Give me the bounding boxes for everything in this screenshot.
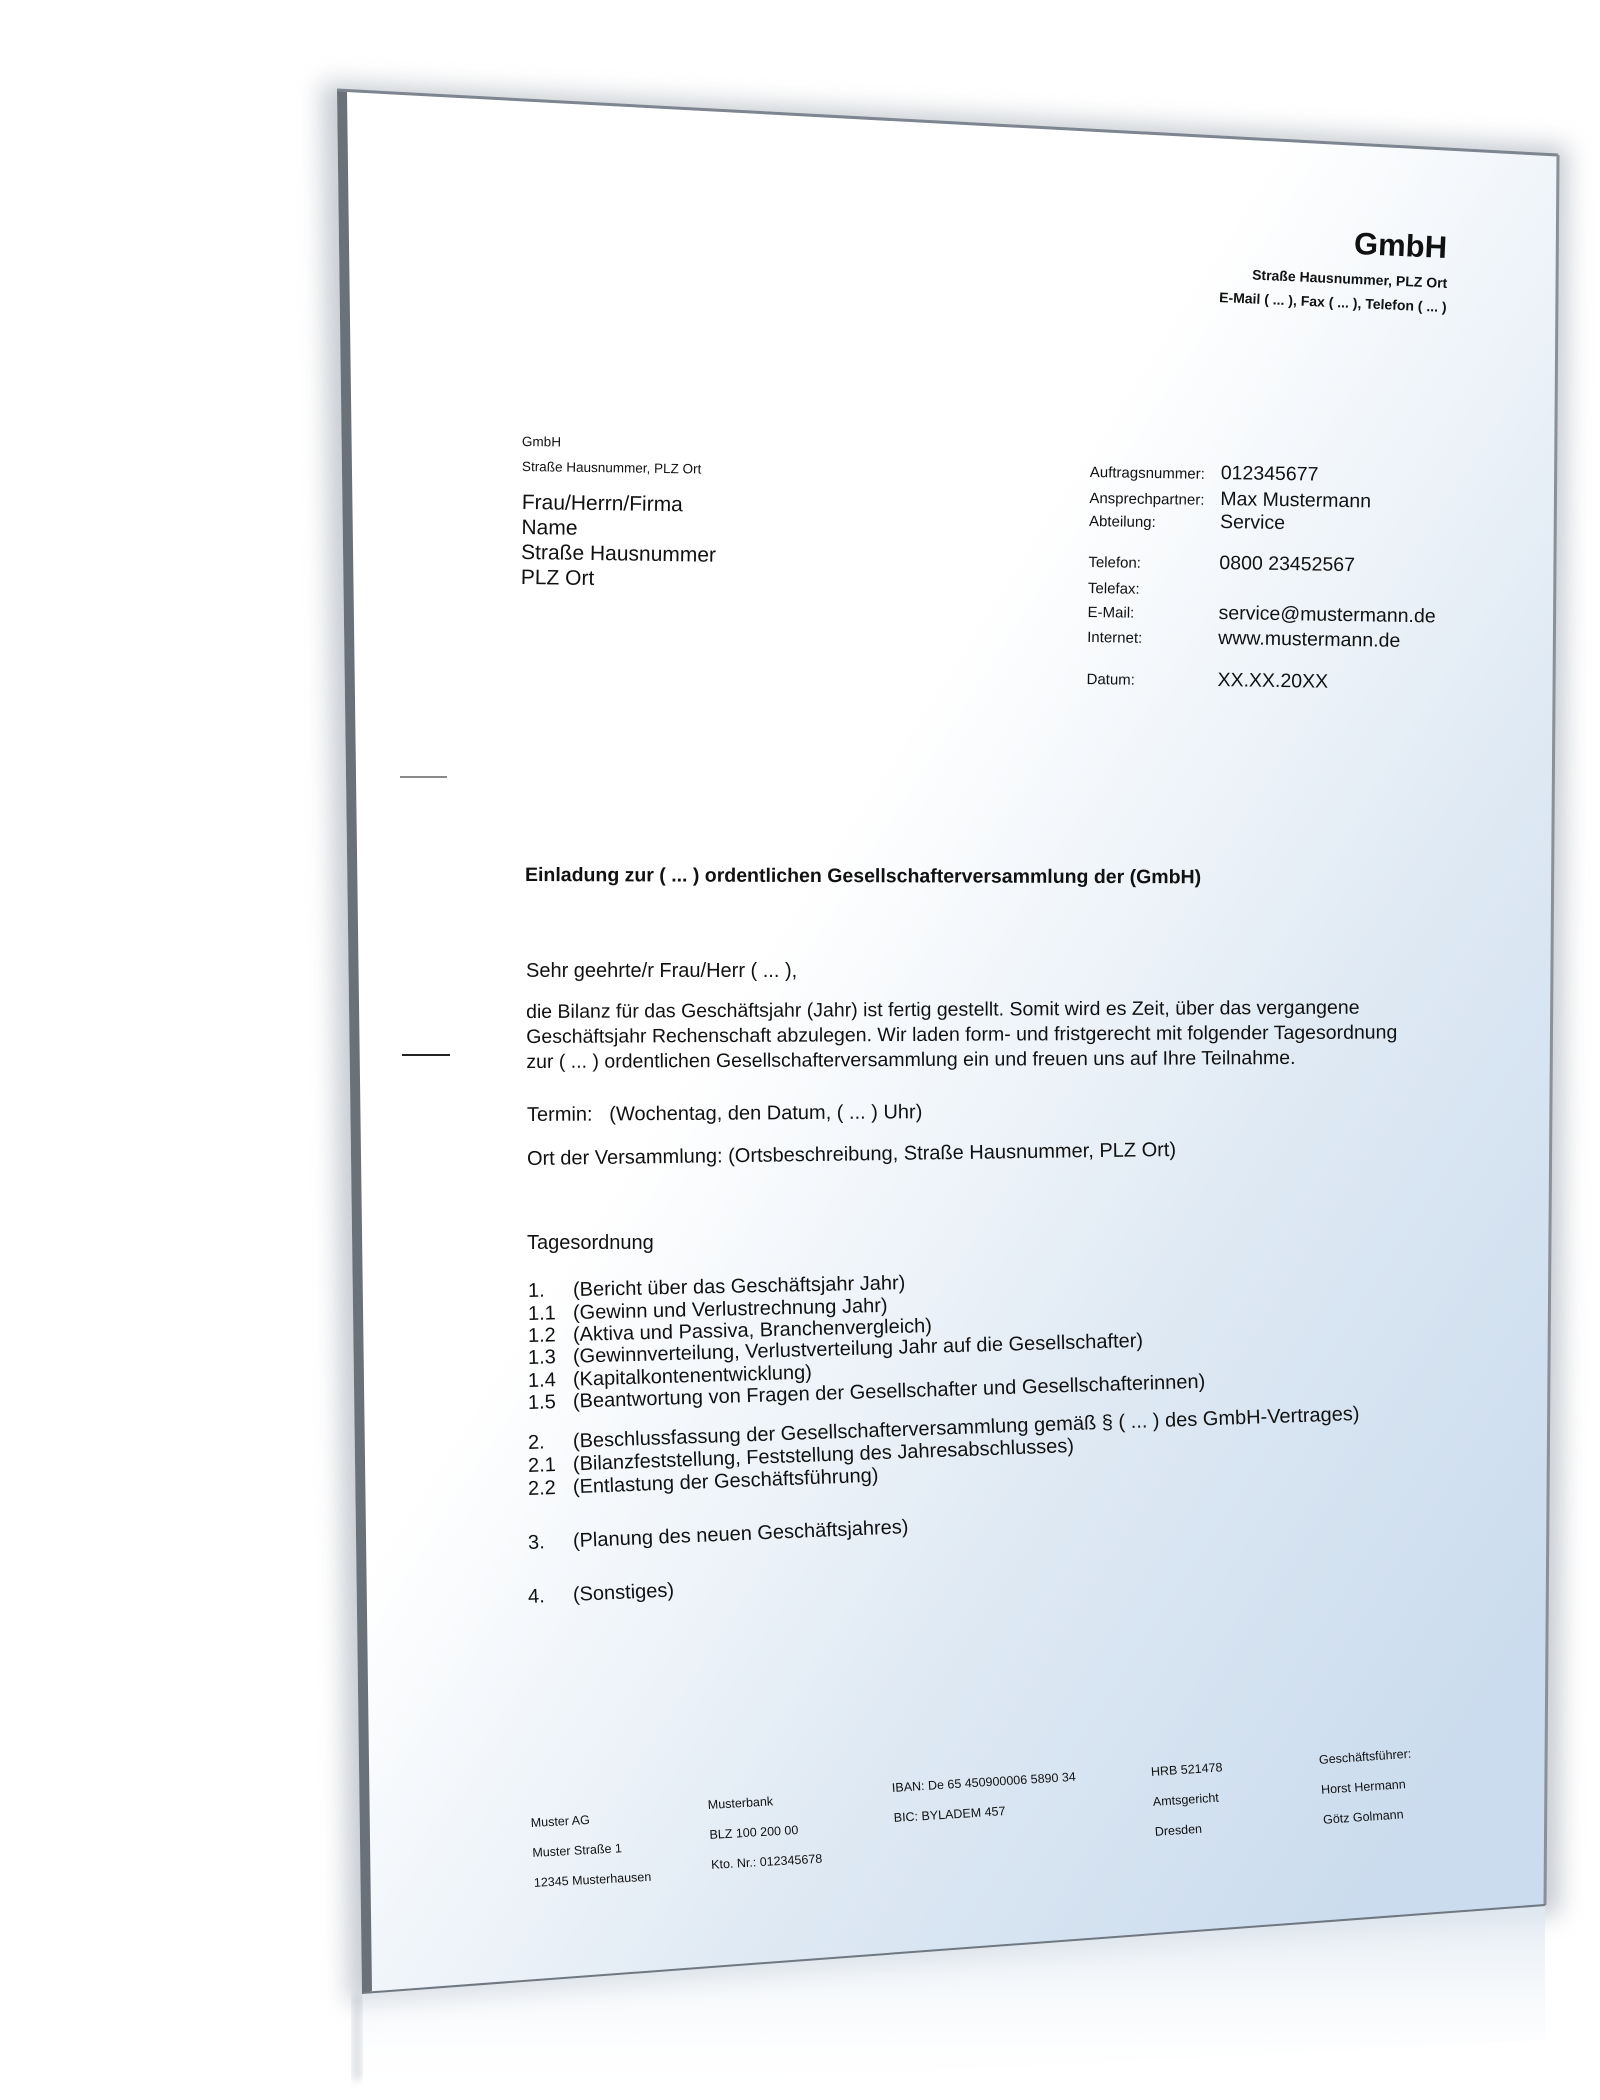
agenda-item-number: 1.3 [528,1346,574,1370]
sender-company: GmbH [522,434,561,450]
letterhead: GmbH [1353,226,1447,266]
info-row: Telefax: [1088,576,1219,601]
footer-column: HRB 521478AmtsgerichtDresden [1150,1752,1227,1846]
fold-mark-middle [402,1054,450,1056]
agenda-item-number: 3. [528,1530,574,1555]
agenda-item-number: 2.1 [528,1453,574,1478]
info-row: Telefon:0800 23452567 [1088,550,1355,577]
info-value: www.mustermann.de [1218,627,1400,652]
agenda-heading: Tagesordnung [527,1232,654,1255]
footer-line: 12345 Musterhausen [533,1862,652,1898]
subject-line: Einladung zur ( ... ) ordentlichen Gesel… [525,864,1201,889]
fold-mark-top [400,776,447,778]
agenda-item-number: 2.2 [528,1476,574,1501]
info-row: Datum:XX.XX.20XX [1086,667,1328,694]
info-label: Abteilung: [1089,513,1220,532]
info-label: Internet: [1087,629,1218,648]
recipient-line: Straße Hausnummer [521,540,716,568]
info-label: Ansprechpartner: [1089,490,1220,509]
info-label: Datum: [1086,671,1217,690]
letterhead-company: GmbH [1353,226,1447,266]
agenda-item-number: 1.1 [528,1302,574,1326]
termin-value: (Wochentag, den Datum, ( ... ) Uhr) [609,1101,922,1125]
agenda-item-number: 1.5 [528,1391,574,1415]
info-label: E-Mail: [1087,604,1218,623]
info-value: 012345677 [1221,462,1319,486]
agenda-item-number: 1.2 [528,1324,574,1348]
footer-column: IBAN: De 65 450900006 5890 34BIC: BYLADE… [891,1762,1079,1833]
body-line: zur ( ... ) ordentlichen Gesellschafterv… [526,1045,1397,1075]
footer-line: Amtsgericht [1152,1782,1225,1817]
info-label: Telefon: [1088,554,1219,573]
info-value: Max Mustermann [1220,488,1371,512]
agenda-item-number: 2. [528,1430,574,1455]
body-paragraph: die Bilanz für das Geschäftsjahr (Jahr) … [526,995,1398,1075]
info-row: Abteilung:Service [1089,509,1285,535]
termin-line: Termin: (Wochentag, den Datum, ( ... ) U… [527,1101,922,1127]
info-value: Service [1220,511,1285,534]
info-label: Auftragsnummer: [1090,464,1221,483]
recipient-address: Frau/Herrn/FirmaNameStraße HausnummerPLZ… [521,490,717,593]
agenda-item-number: 1.4 [528,1369,574,1393]
info-value: service@mustermann.de [1218,602,1435,627]
recipient-line: Frau/Herrn/Firma [522,490,717,518]
sender-address: Straße Hausnummer, PLZ Ort [522,459,702,477]
info-label: Telefax: [1088,580,1219,599]
footer-line: Kto. Nr.: 012345678 [710,1844,823,1880]
footer-line: Götz Golmann [1322,1799,1416,1835]
agenda-item-number: 4. [527,1584,573,1609]
agenda-item-text: (Sonstiges) [572,1579,674,1606]
footer-column: MusterbankBLZ 100 200 00Kto. Nr.: 012345… [707,1784,823,1880]
document-preview: GmbH Straße Hausnummer, PLZ Ort E-Mail (… [0,0,1600,2100]
info-value: XX.XX.20XX [1217,669,1328,693]
footer-column: Geschäftsführer:Horst HermannGötz Golman… [1318,1739,1416,1835]
info-row: Auftragsnummer:012345677 [1090,460,1319,487]
info-value: 0800 23452567 [1219,552,1355,576]
footer-line: HRB 521478 [1150,1752,1223,1787]
footer-line: Dresden [1154,1812,1227,1847]
info-row: Internet:www.mustermann.de [1087,625,1400,653]
recipient-line: Name [521,515,716,543]
agenda-item-number: 1. [528,1279,573,1303]
termin-label: Termin: [527,1104,593,1126]
recipient-line: PLZ Ort [521,565,716,593]
footer-column: Muster AGMuster Straße 112345 Musterhaus… [530,1802,652,1898]
salutation: Sehr geehrte/r Frau/Herr ( ... ), [526,960,797,983]
ort-label: Ort der Versammlung: [527,1145,723,1170]
